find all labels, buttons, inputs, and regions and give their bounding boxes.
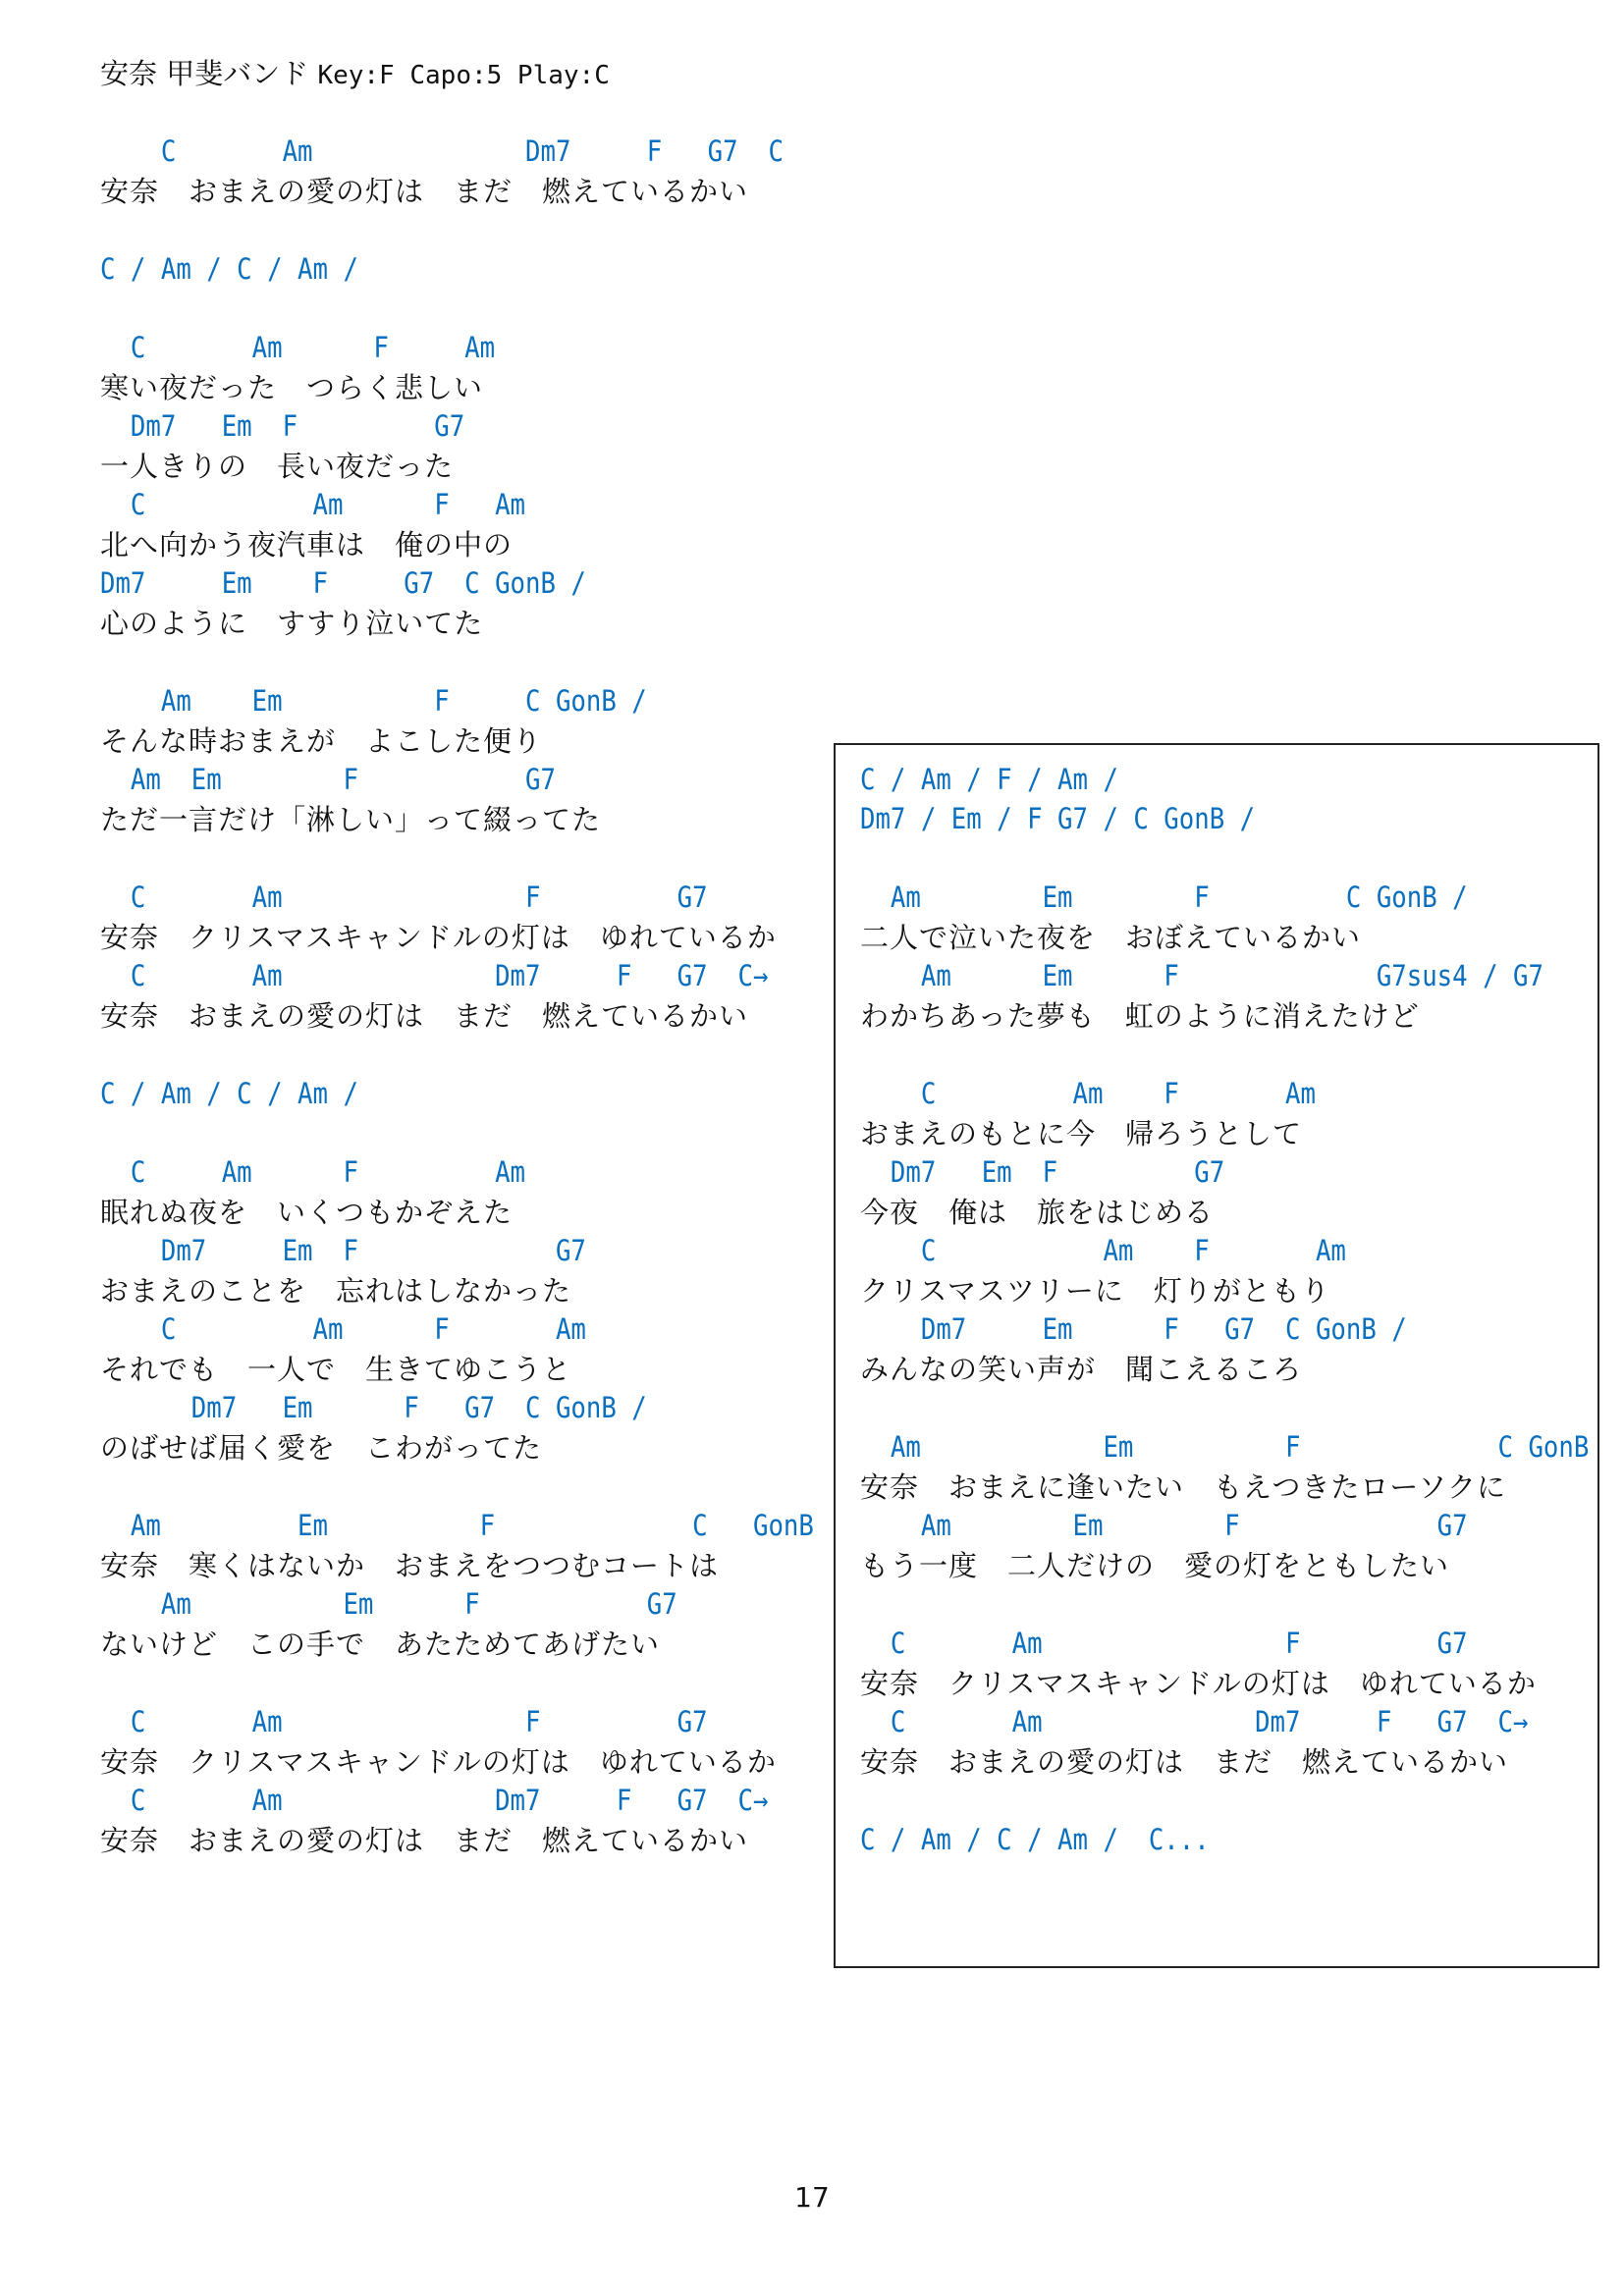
songbook-page: 安奈 甲斐バンド Key:F Capo:5 Play:C C Am Dm7 F … bbox=[0, 0, 1624, 2296]
page-number: 17 bbox=[0, 2181, 1624, 2214]
chord-line: Dm7 / Em / F G7 / C GonB / bbox=[860, 797, 1255, 842]
lyric-line: 二人で泣いた夜を おぼえているかい bbox=[860, 918, 1361, 957]
lyric-line: 安奈 おまえの愛の灯は まだ 燃えているかい bbox=[100, 996, 748, 1036]
lyric-line: 心のように すすり泣いてた bbox=[100, 604, 483, 643]
chord-line: C Am F Am bbox=[100, 1150, 525, 1196]
song-key-info: Key:F Capo:5 Play:C bbox=[317, 61, 609, 90]
chord-line: Dm7 Em F G7 bbox=[100, 404, 464, 450]
lyric-line: それでも 一人で 生きてゆこうと bbox=[100, 1350, 571, 1389]
chord-line: Am Em F G7 bbox=[100, 758, 556, 803]
chord-line: Am Em F G7 bbox=[860, 1504, 1468, 1549]
lyric-line: 安奈 おまえの愛の灯は まだ 燃えているかい bbox=[100, 1821, 748, 1860]
lyric-line: ないけど この手で あたためてあげたい bbox=[100, 1625, 660, 1664]
chord-line: C Am F G7 bbox=[100, 1700, 708, 1745]
lyric-line: 眠れぬ夜を いくつもかぞえた bbox=[100, 1193, 513, 1232]
chord-line: C Am Dm7 F G7 C→ bbox=[100, 954, 768, 999]
chord-line: Am Em F C GonB bbox=[100, 1504, 814, 1549]
lyric-line: そんな時おまえが よこした便り bbox=[100, 721, 542, 761]
chord-line: C / Am / C / Am / C... bbox=[860, 1818, 1210, 1863]
lyric-line: 安奈 クリスマスキャンドルの灯は ゆれているか bbox=[100, 1742, 777, 1782]
lyric-line: クリスマスツリーに 灯りがともり bbox=[860, 1271, 1330, 1310]
lyric-line: 安奈 おまえの愛の灯は まだ 燃えているかい bbox=[100, 172, 748, 211]
song-title-jp: 安奈 甲斐バンド bbox=[100, 57, 317, 90]
lyric-line: 安奈 クリスマスキャンドルの灯は ゆれているか bbox=[100, 918, 777, 957]
lyric-line: 北へ向かう夜汽車は 俺の中の bbox=[100, 525, 513, 564]
chord-line: C Am F Am bbox=[100, 326, 495, 371]
chord-line: C Am Dm7 F G7 C bbox=[100, 130, 784, 175]
lyric-line: 安奈 おまえの愛の灯は まだ 燃えているかい bbox=[860, 1742, 1508, 1782]
chord-line: C Am F Am bbox=[100, 1308, 586, 1353]
lyric-line: おまえのことを 忘れはしなかった bbox=[100, 1271, 571, 1310]
chord-line: C Am F G7 bbox=[860, 1622, 1468, 1667]
chord-line: C Am F Am bbox=[860, 1072, 1316, 1117]
chord-line: Am Em F C GonB / bbox=[860, 876, 1468, 921]
chord-line: Am Em F C GonB bbox=[860, 1425, 1589, 1470]
chord-line: C / Am / C / Am / bbox=[100, 1072, 358, 1117]
chord-line: C Am Dm7 F G7 C→ bbox=[860, 1700, 1528, 1745]
chord-line: C / Am / C / Am / bbox=[100, 247, 358, 293]
lyric-line: もう一度 二人だけの 愛の灯をともしたい bbox=[860, 1546, 1449, 1585]
lyric-line: 一人きりの 長い夜だった bbox=[100, 447, 454, 486]
chord-line: Am Em F G7 bbox=[100, 1582, 677, 1628]
chord-line: C Am Dm7 F G7 C→ bbox=[100, 1779, 768, 1824]
lyric-line: みんなの笑い声が 聞こえるころ bbox=[860, 1350, 1302, 1389]
chord-line: C Am F Am bbox=[860, 1229, 1346, 1274]
lyric-line: 安奈 おまえに逢いたい もえつきたローソクに bbox=[860, 1468, 1506, 1507]
chord-line: Dm7 Em F G7 C GonB / bbox=[100, 1386, 647, 1431]
chord-line: Dm7 Em F G7 bbox=[860, 1150, 1224, 1196]
chord-line: Am Em F C GonB / bbox=[100, 679, 647, 724]
chord-line: Dm7 Em F G7 bbox=[100, 1229, 586, 1274]
lyric-line: のばせば届く愛を こわがってた bbox=[100, 1428, 542, 1468]
chord-line: Dm7 Em F G7 C GonB / bbox=[860, 1308, 1407, 1353]
lyric-line: おまえのもとに今 帰ろうとして bbox=[860, 1114, 1302, 1153]
lyric-line: わかちあった夢も 虹のように消えたけど bbox=[860, 996, 1420, 1036]
chord-line: Dm7 Em F G7 C GonB / bbox=[100, 561, 586, 607]
lyric-line: 寒い夜だった つらく悲しい bbox=[100, 368, 483, 407]
lyric-line: 安奈 クリスマスキャンドルの灯は ゆれているか bbox=[860, 1664, 1537, 1703]
song-title: 安奈 甲斐バンド Key:F Capo:5 Play:C bbox=[100, 54, 610, 93]
chord-line: Am Em F G7sus4 / G7 bbox=[860, 954, 1543, 999]
chord-line: C Am F Am bbox=[100, 483, 525, 528]
lyric-line: ただ一言だけ「淋しい」って綴ってた bbox=[100, 800, 601, 839]
lyric-line: 今夜 俺は 旅をはじめる bbox=[860, 1193, 1214, 1232]
chord-line: C Am F G7 bbox=[100, 876, 708, 921]
lyric-line: 安奈 寒くはないか おまえをつつむコートは bbox=[100, 1546, 719, 1585]
